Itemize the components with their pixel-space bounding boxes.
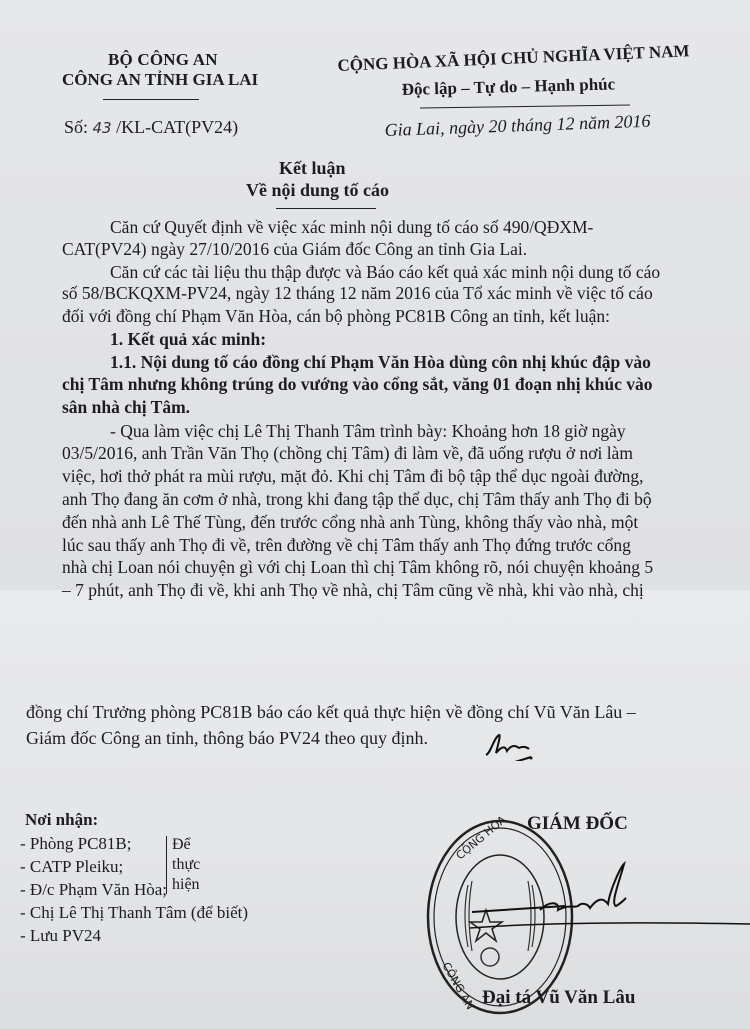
- document-title: Kết luận: [279, 158, 346, 179]
- doc-number-handwritten: 43: [93, 119, 112, 137]
- body-line: Căn cứ Quyết định về việc xác minh nội d…: [110, 217, 593, 238]
- document-subtitle: Về nội dung tố cáo: [246, 180, 389, 201]
- agency-underline: [103, 99, 199, 100]
- signer-name: Đại tá Vũ Văn Lâu: [482, 987, 635, 1009]
- document-number: Số: 43 /KL-CAT(PV24): [64, 117, 238, 138]
- body-line: Căn cứ các tài liệu thu thập được và Báo…: [110, 262, 660, 283]
- recipient-item: - Phòng PC81B;: [20, 834, 131, 854]
- body-line: 1.1. Nội dung tố cáo đồng chí Phạm Văn H…: [110, 352, 651, 373]
- body-line: lúc sau thấy anh Thọ đi về, trên đường v…: [62, 535, 631, 556]
- recipients-title: Nơi nhận:: [25, 810, 98, 830]
- title-underline: [276, 208, 376, 209]
- initials-mark-icon: [483, 731, 533, 761]
- svg-text:CÔNG AN: CÔNG AN: [439, 960, 476, 1012]
- agency-name: CÔNG AN TỈNH GIA LAI: [62, 70, 258, 90]
- body-line: CAT(PV24) ngày 27/10/2016 của Giám đốc C…: [62, 239, 527, 260]
- body-line: 1. Kết quả xác minh:: [110, 329, 266, 350]
- recipient-item: - Đ/c Phạm Văn Hòa;: [20, 880, 167, 900]
- body-line: đối với đồng chí Phạm Văn Hòa, cán bộ ph…: [62, 306, 610, 327]
- closing-line-2: Giám đốc Công an tỉnh, thông báo PV24 th…: [26, 728, 428, 749]
- recipients-bracket: [166, 836, 167, 894]
- body-line: sân nhà chị Tâm.: [62, 397, 190, 418]
- body-line: việc, hơi thở phát ra mùi rượu, mặt đỏ. …: [62, 466, 644, 487]
- body-line: chị Tâm nhưng không trúng do vướng vào c…: [62, 374, 653, 395]
- agency-parent: BỘ CÔNG AN: [108, 50, 218, 70]
- doc-number-prefix: Số:: [64, 117, 88, 137]
- body-line: đến nhà anh Lê Thế Tùng, đến trước cổng …: [62, 512, 638, 533]
- body-line: – 7 phút, anh Thọ đi về, khi anh Thọ về …: [62, 580, 644, 601]
- doc-number-suffix: /KL-CAT(PV24): [116, 117, 238, 137]
- signature-icon: [470, 860, 750, 940]
- closing-line-1: đồng chí Trưởng phòng PC81B báo cáo kết …: [26, 702, 636, 723]
- recipient-item: - CATP Pleiku;: [20, 857, 123, 877]
- signer-title: GIÁM ĐỐC: [527, 813, 628, 835]
- recipient-purpose-word: Để: [172, 836, 191, 854]
- recipient-purpose-word: thực: [172, 856, 200, 874]
- recipient-item: - Lưu PV24: [20, 926, 101, 946]
- body-line: nhà chị Loan nói chuyện gì với chị Loan …: [62, 557, 653, 578]
- body-line: - Qua làm việc chị Lê Thị Thanh Tâm trìn…: [110, 421, 626, 442]
- recipient-item: - Chị Lê Thị Thanh Tâm (để biết): [20, 903, 248, 923]
- document-page-bottom: [0, 590, 750, 1029]
- body-line: số 58/BCKQXM-PV24, ngày 12 tháng 12 năm …: [62, 283, 653, 304]
- body-line: 03/5/2016, anh Trần Văn Thọ (chồng chị T…: [62, 443, 633, 464]
- recipient-purpose-word: hiện: [172, 876, 200, 894]
- body-line: anh Thọ đang ăn cơm ở nhà, trong khi đan…: [62, 489, 652, 510]
